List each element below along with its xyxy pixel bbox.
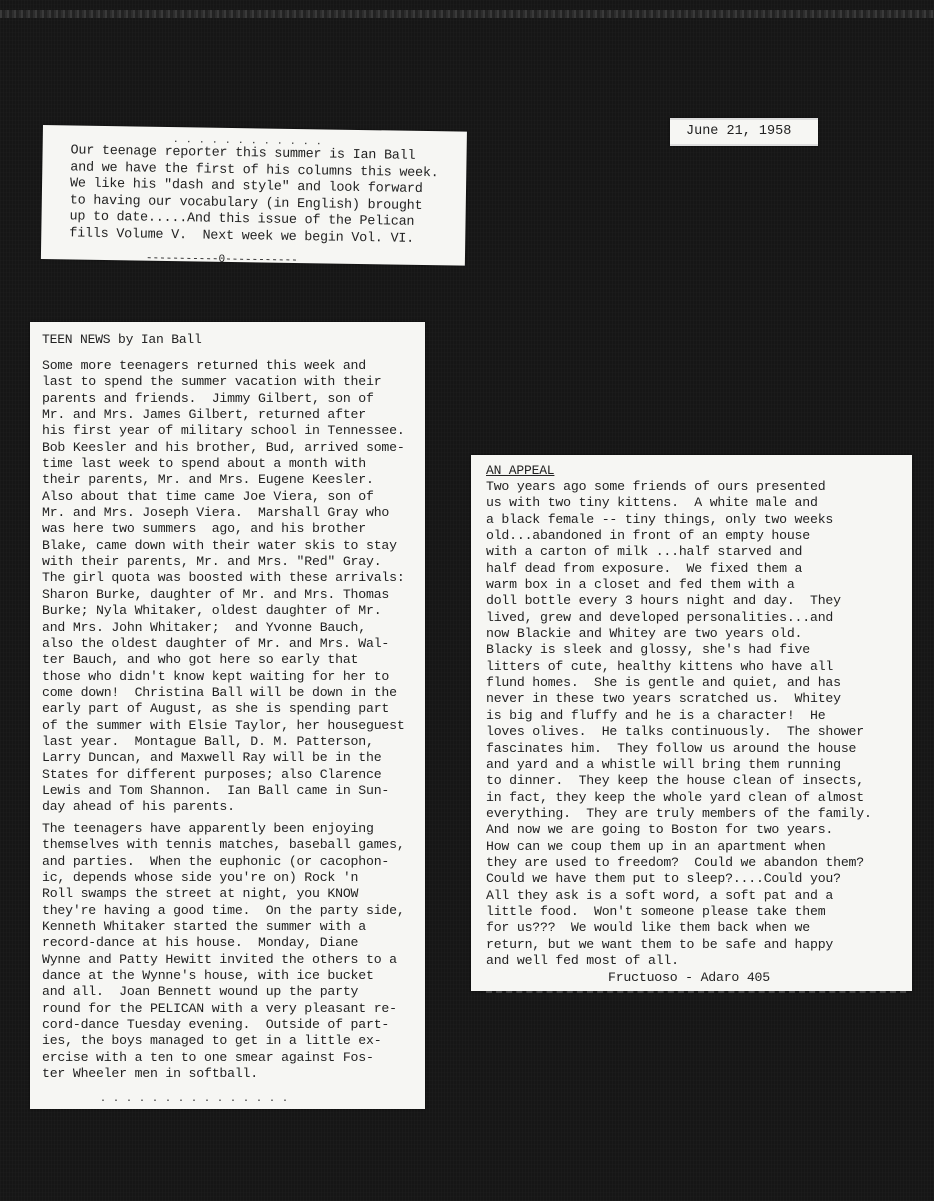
text-line: come down! Christina Ball will be down i… [42, 685, 405, 701]
text-line: ter Bauch, and who got here so early tha… [42, 652, 405, 668]
text-line: with a carton of milk ...half starved an… [486, 544, 872, 560]
text-line: Could we have them put to sleep?....Coul… [486, 871, 872, 887]
text-line: they are used to freedom? Could we aband… [486, 855, 872, 871]
appeal-title: AN APPEAL [486, 463, 554, 479]
text-line: States for different purposes; also Clar… [42, 767, 405, 783]
appeal-rule [486, 991, 906, 993]
dot-separator: ............... [100, 1092, 295, 1108]
text-line: time last week to spend about a month wi… [42, 456, 405, 472]
text-line: Wynne and Patty Hewitt invited the other… [42, 952, 405, 968]
text-line: was here two summers ago, and his brothe… [42, 521, 405, 537]
text-line: they're having a good time. On the party… [42, 903, 405, 919]
text-line: and well fed most of all. [486, 953, 872, 969]
text-line: and Mrs. John Whitaker; and Yvonne Bauch… [42, 620, 405, 636]
appeal-signature: Fructuoso - Adaro 405 [608, 970, 770, 986]
text-line: Blake, came down with their water skis t… [42, 538, 405, 554]
date-clipping: June 21, 1958 [670, 118, 818, 146]
text-line: last year. Montague Ball, D. M. Patterso… [42, 734, 405, 750]
text-line: warm box in a closet and fed them with a [486, 577, 872, 593]
text-line: Kenneth Whitaker started the summer with… [42, 919, 405, 935]
teen-news-clipping: TEEN NEWS by Ian Ball Some more teenager… [30, 322, 425, 1109]
text-line: in fact, they keep the whole yard clean … [486, 790, 872, 806]
text-line: record-dance at his house. Monday, Diane [42, 935, 405, 951]
text-line: The teenagers have apparently been enjoy… [42, 821, 405, 837]
page-edge-strip [0, 10, 934, 18]
teen-news-paragraph-1: Some more teenagers returned this week a… [42, 358, 405, 816]
issue-date: June 21, 1958 [686, 124, 791, 139]
text-line: ercise with a ten to one smear against F… [42, 1050, 405, 1066]
text-line: return, but we want them to be safe and … [486, 937, 872, 953]
text-line: Blacky is sleek and glossy, she's had fi… [486, 642, 872, 658]
text-line: Mr. and Mrs. Joseph Viera. Marshall Gray… [42, 505, 405, 521]
text-line: Larry Duncan, and Maxwell Ray will be in… [42, 750, 405, 766]
text-line: litters of cute, healthy kittens who hav… [486, 659, 872, 675]
text-line: Burke; Nyla Whitaker, oldest daughter of… [42, 603, 405, 619]
text-line: Some more teenagers returned this week a… [42, 358, 405, 374]
text-line: everything. They are truly members of th… [486, 806, 872, 822]
text-line: day ahead of his parents. [42, 799, 405, 815]
text-line: for us??? We would like them back when w… [486, 920, 872, 936]
intro-text: Our teenage reporter this summer is Ian … [69, 143, 439, 248]
text-line: Mr. and Mrs. James Gilbert, returned aft… [42, 407, 405, 423]
teen-news-paragraph-2: The teenagers have apparently been enjoy… [42, 821, 405, 1083]
text-line: his first year of military school in Ten… [42, 423, 405, 439]
text-line: those who didn't know kept waiting for h… [42, 669, 405, 685]
text-line: The girl quota was boosted with these ar… [42, 570, 405, 586]
intro-clipping: ............ Our teenage reporter this s… [41, 125, 467, 266]
text-line: Bob Keesler and his brother, Bud, arrive… [42, 440, 405, 456]
text-line: Roll swamps the street at night, you KNO… [42, 886, 405, 902]
text-line: also the oldest daughter of Mr. and Mrs.… [42, 636, 405, 652]
teen-news-title: TEEN NEWS by Ian Ball [42, 332, 202, 348]
text-line: and yard and a whistle will bring them r… [486, 757, 872, 773]
text-line: And now we are going to Boston for two y… [486, 822, 872, 838]
text-line: of the summer with Elsie Taylor, her hou… [42, 718, 405, 734]
text-line: ies, the boys managed to get in a little… [42, 1033, 405, 1049]
text-line: little food. Won't someone please take t… [486, 904, 872, 920]
text-line: round for the PELICAN with a very pleasa… [42, 1001, 405, 1017]
text-line: How can we coup them up in an apartment … [486, 839, 872, 855]
text-line: to dinner. They keep the house clean of … [486, 773, 872, 789]
text-line: us with two tiny kittens. A white male a… [486, 495, 872, 511]
text-line: and all. Joan Bennett wound up the party [42, 984, 405, 1000]
text-line: early part of August, as she is spending… [42, 701, 405, 717]
text-line: now Blackie and Whitey are two years old… [486, 626, 872, 642]
text-line: fascinates him. They follow us around th… [486, 741, 872, 757]
text-line: a black female -- tiny things, only two … [486, 512, 872, 528]
text-line: never in these two years scratched us. W… [486, 691, 872, 707]
appeal-clipping: AN APPEAL Two years ago some friends of … [471, 455, 912, 991]
intro-rule: -----------0----------- [146, 251, 298, 270]
text-line: ter Wheeler men in softball. [42, 1066, 405, 1082]
text-line: lived, grew and developed personalities.… [486, 610, 872, 626]
text-line: dance at the Wynne's house, with ice buc… [42, 968, 405, 984]
text-line: Also about that time came Joe Viera, son… [42, 489, 405, 505]
text-line: is big and fluffy and he is a character!… [486, 708, 872, 724]
appeal-text: Two years ago some friends of ours prese… [486, 479, 872, 969]
text-line: half dead from exposure. We fixed them a [486, 561, 872, 577]
text-line: doll bottle every 3 hours night and day.… [486, 593, 872, 609]
text-line: last to spend the summer vacation with t… [42, 374, 405, 390]
text-line: and parties. When the euphonic (or cacop… [42, 854, 405, 870]
text-line: parents and friends. Jimmy Gilbert, son … [42, 391, 405, 407]
text-line: cord-dance Tuesday evening. Outside of p… [42, 1017, 405, 1033]
text-line: flund homes. She is gentle and quiet, an… [486, 675, 872, 691]
text-line: old...abandoned in front of an empty hou… [486, 528, 872, 544]
text-line: ic, depends whose side you're on) Rock '… [42, 870, 405, 886]
text-line: themselves with tennis matches, baseball… [42, 837, 405, 853]
text-line: with their parents, Mr. and Mrs. "Red" G… [42, 554, 405, 570]
text-line: their parents, Mr. and Mrs. Eugene Keesl… [42, 472, 405, 488]
text-line: All they ask is a soft word, a soft pat … [486, 888, 872, 904]
text-line: loves olives. He talks continuously. The… [486, 724, 872, 740]
text-line: Lewis and Tom Shannon. Ian Ball came in … [42, 783, 405, 799]
text-line: Two years ago some friends of ours prese… [486, 479, 872, 495]
text-line: Sharon Burke, daughter of Mr. and Mrs. T… [42, 587, 405, 603]
